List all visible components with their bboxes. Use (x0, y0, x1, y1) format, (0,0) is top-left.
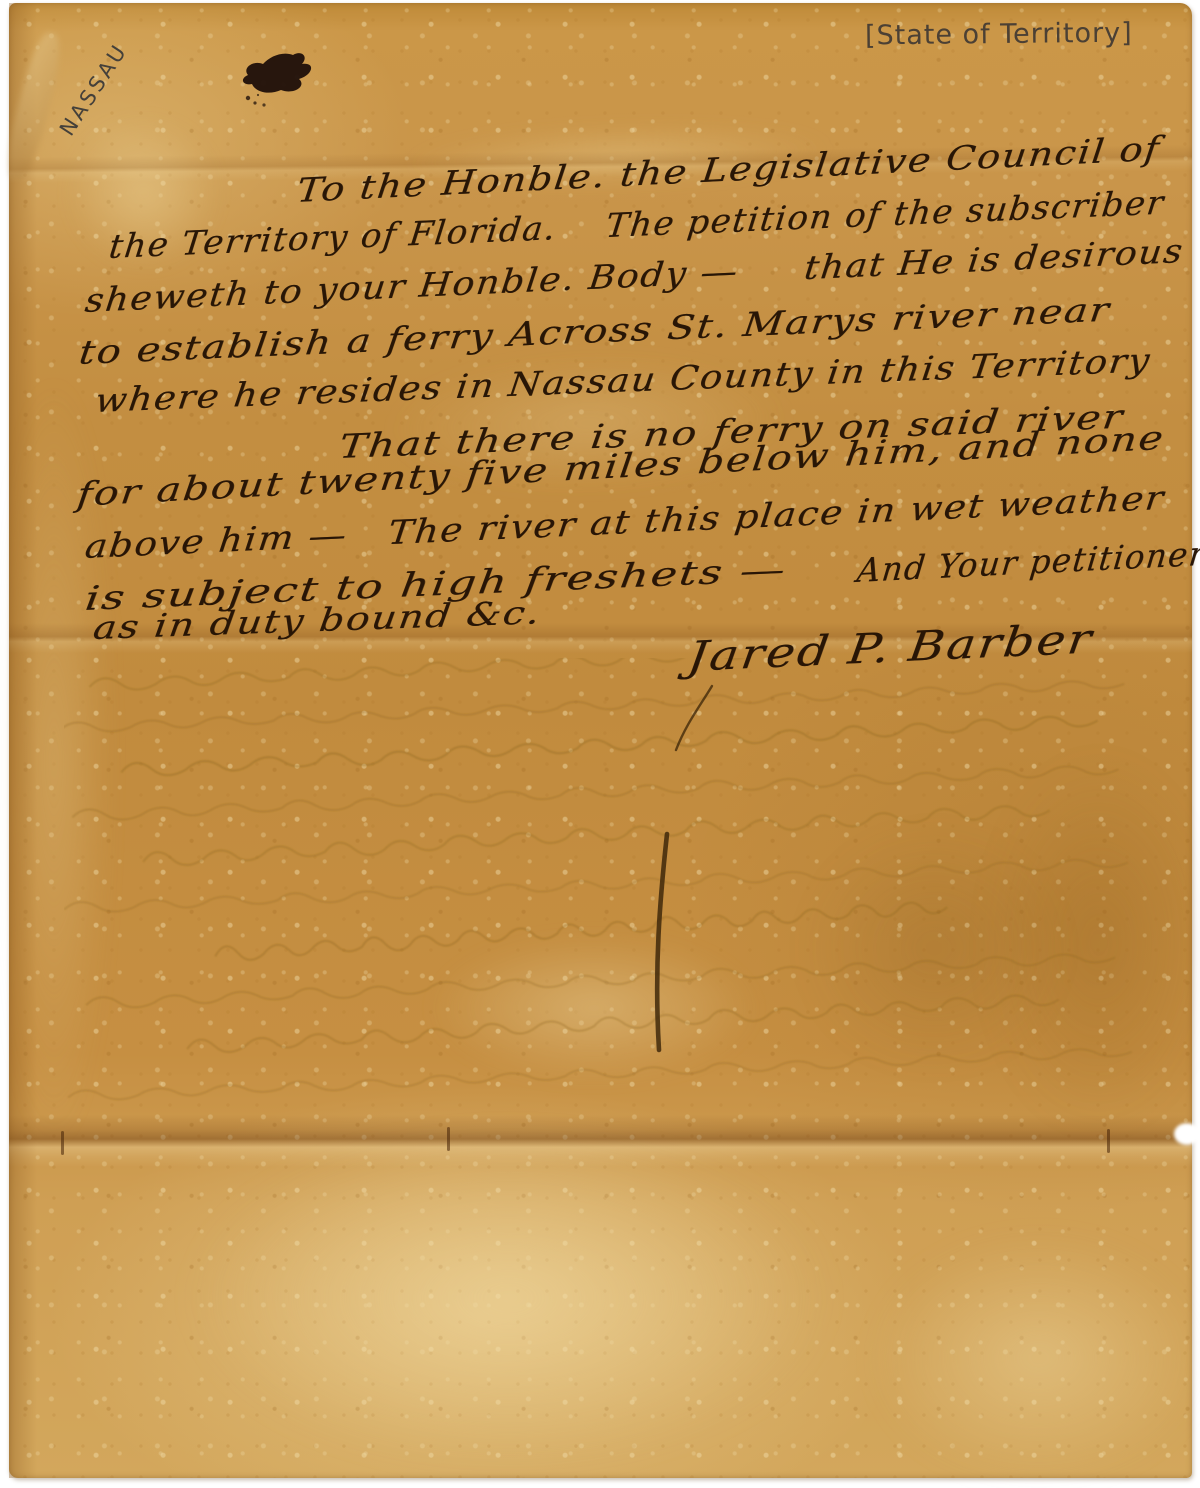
ink-blot (237, 49, 347, 115)
paper-stain (984, 753, 1200, 1133)
bleed-through-writing (64, 658, 1164, 1128)
scan-background: [State of Territory] NASSAU (0, 0, 1200, 1488)
signature: Jared P. Barber (685, 614, 1096, 681)
edge-notch (1174, 1123, 1200, 1145)
crease-nick (447, 1127, 450, 1151)
paper-stain (869, 1233, 1200, 1483)
paper-stain (429, 933, 759, 1083)
fold-crease-bottom (9, 1115, 1192, 1167)
paper-stain (799, 823, 1069, 1073)
petition-line: And Your petitioner (855, 534, 1200, 590)
document-page: [State of Territory] NASSAU (9, 3, 1192, 1478)
state-territory-annotation: [State of Territory] (865, 18, 1133, 52)
crease-nick (1107, 1129, 1110, 1153)
paper-stain (189, 1133, 829, 1463)
county-annotation: NASSAU (55, 39, 132, 140)
torn-edge-flap (1, 30, 66, 183)
paper-edge-shadow (9, 3, 37, 1478)
crease-nick (61, 1131, 64, 1155)
